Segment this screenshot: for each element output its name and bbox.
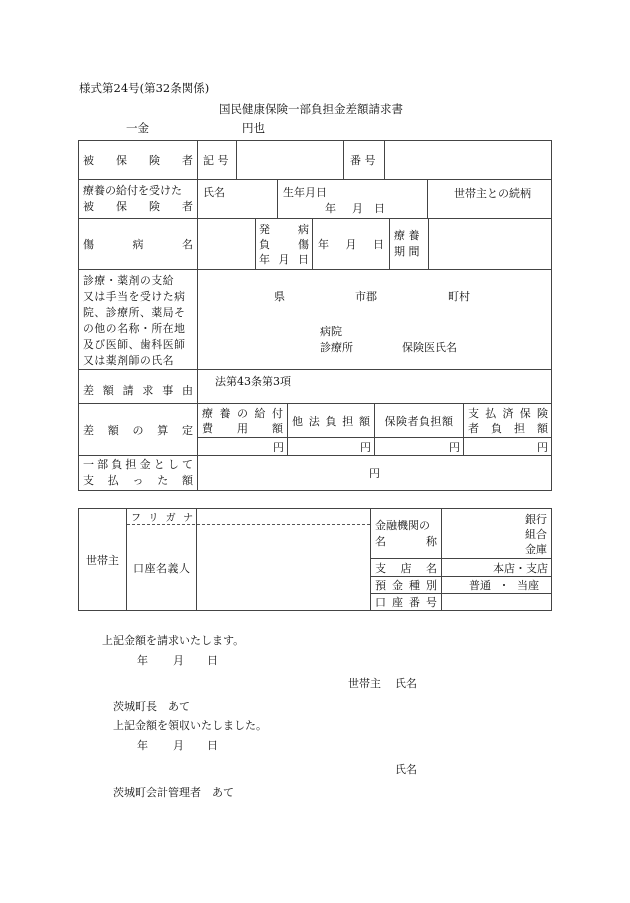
clinic-label: 診療所: [320, 339, 353, 355]
label-char: 差: [83, 422, 94, 438]
label-line: 療養の給付を受けた: [83, 183, 193, 199]
label-char: し: [168, 457, 179, 473]
deposit-type-field[interactable]: 普通・当座: [469, 577, 539, 593]
label-char: 金: [140, 457, 151, 473]
addressee-mayor: 茨城町長あて: [113, 698, 190, 714]
ordinary-deposit-option[interactable]: 普通: [469, 577, 491, 593]
number-label: 番 号: [350, 140, 376, 179]
number-label-text: 番 号: [350, 152, 376, 168]
label-char: 支: [468, 406, 479, 421]
insured-label: 被 保 険 者: [83, 140, 193, 179]
day-label: 日: [374, 200, 385, 216]
receipt-statement: 上記金額を領収いたしました。: [113, 717, 267, 733]
label-char: 負: [326, 413, 337, 429]
amount-prefix: 一金: [126, 120, 149, 136]
day-label: 日: [373, 236, 384, 252]
label-line: 又は手当を受けた病: [83, 289, 195, 305]
beneficiary-label: 療養の給付を受けた 被 保 険 者: [83, 181, 193, 217]
label-line: の他の名称・所在地: [83, 321, 195, 337]
label-char: の: [237, 406, 248, 421]
label-text: 口座名義人: [133, 560, 191, 576]
label-char: 保: [520, 406, 531, 421]
label-char: 称: [426, 534, 437, 550]
yen-unit: 円: [537, 439, 548, 455]
label-char: 額: [537, 421, 548, 436]
doctor-name-label: 保険医氏名: [402, 339, 457, 355]
other-law-burden-field[interactable]: 円: [288, 438, 371, 455]
label-char: た: [157, 473, 168, 489]
head-signature-label: 世帯主: [348, 675, 381, 691]
label-char: 者: [468, 421, 479, 436]
label-char: 額: [182, 473, 193, 489]
label-char: 者: [182, 199, 193, 215]
city-label: 市郡: [355, 288, 377, 304]
symbol-label: 記 号: [203, 140, 229, 179]
label-char: の: [133, 422, 144, 438]
label-char: 険: [537, 406, 548, 421]
label-char: 払: [485, 406, 496, 421]
label-char: 傷: [298, 237, 309, 252]
paid-insurer-burden-header: 支払済保険 者負担額: [468, 404, 548, 437]
day-label: 日: [207, 737, 218, 753]
label-char: 支: [375, 560, 386, 576]
treatment-cost-field[interactable]: 円: [198, 438, 284, 455]
treatment-period-label: 療 養 期 間: [394, 219, 426, 269]
furigana-label: フリガナ: [131, 508, 193, 524]
label-char: 済: [503, 406, 514, 421]
label-char: 険: [149, 152, 160, 168]
label-char: 預: [375, 577, 386, 593]
injury-name-field[interactable]: [198, 219, 255, 269]
head-name-label[interactable]: 氏名: [395, 675, 417, 691]
label-char: 事: [162, 382, 173, 398]
label-char: 付: [272, 406, 283, 421]
month-label: 月: [173, 737, 184, 753]
label-char: 険: [149, 199, 160, 215]
form-number: 様式第24号(第32条関係): [79, 80, 209, 96]
treatment-cost-header: 療養の給付 費用額: [202, 404, 283, 437]
mayor-label: 茨城町長: [113, 700, 157, 713]
label-char: 負: [259, 237, 270, 252]
label-char: 担: [514, 421, 525, 436]
name-field[interactable]: 氏名: [198, 180, 277, 218]
month-label: 月: [352, 200, 363, 216]
yen-unit: 円: [273, 439, 284, 455]
relation-label: 世帯主との続柄: [454, 185, 531, 201]
label-char: 年: [259, 252, 270, 267]
label-char: 名: [182, 236, 193, 252]
calculation-label: 差 額 の 算 定: [83, 404, 193, 455]
label-char: 病: [133, 236, 144, 252]
account-holder-field[interactable]: [197, 525, 370, 610]
hospital-label: 病院: [320, 323, 342, 339]
label-char: 名: [426, 560, 437, 576]
label-char: 療: [202, 406, 213, 421]
number-field[interactable]: [385, 141, 551, 179]
label-char: 額: [272, 421, 283, 436]
label-text: 世帯主: [86, 552, 119, 568]
label-char: 発: [259, 222, 270, 237]
label-char: 他: [292, 413, 303, 429]
label-char: 費: [202, 421, 213, 436]
bank-type-option: 銀行: [525, 512, 547, 527]
addressee-suffix: あて: [212, 786, 234, 799]
label-line: 又は薬剤師の氏名: [83, 353, 195, 369]
month-label: 月: [346, 236, 357, 252]
label-char: 金: [392, 577, 403, 593]
label-char: 負: [111, 457, 122, 473]
label-char: 給: [255, 406, 266, 421]
amount-suffix: 円也: [242, 120, 265, 136]
label-char: 座: [392, 594, 403, 610]
label-char: 額: [108, 422, 119, 438]
label-char: 養: [220, 406, 231, 421]
addressee-suffix: あて: [168, 700, 190, 713]
year-label: 年: [318, 236, 329, 252]
label-line: 期 間: [394, 244, 426, 260]
injury-label: 傷 病 名: [83, 218, 193, 269]
label-line: 院、診療所、薬局そ: [83, 305, 195, 321]
year-label: 年: [137, 737, 148, 753]
label-char: 担: [342, 413, 353, 429]
label-char: 求: [142, 382, 153, 398]
label-char: 月: [279, 252, 290, 267]
label-char: 保: [116, 199, 127, 215]
label-char: 傷: [83, 236, 94, 252]
treasurer-label: 茨城町会計管理者: [113, 786, 201, 799]
insurer-burden-header: 保険者負担額: [375, 404, 463, 437]
label-char: と: [154, 457, 165, 473]
deposit-type-label: 預金種別: [375, 577, 437, 593]
label-line: 療 養: [394, 228, 426, 244]
account-holder-label: 口座名義人: [133, 525, 195, 610]
checking-deposit-option[interactable]: 当座: [517, 577, 539, 593]
yen-unit: 円: [369, 465, 380, 481]
receipt-name-label[interactable]: 氏名: [395, 761, 417, 777]
birthdate-label: 生年月日: [283, 184, 327, 200]
name-label: 氏名: [203, 184, 225, 200]
provider-field[interactable]: 県 市郡 町村 病院 診療所 保険医氏名: [198, 270, 551, 369]
month-label: 月: [173, 652, 184, 668]
label-char: 負: [491, 421, 502, 436]
label-char: 支: [83, 473, 94, 489]
label-char: 担: [125, 457, 136, 473]
institution-label: 金融機関の 名称: [375, 509, 437, 558]
label-char: 保: [116, 152, 127, 168]
other-law-burden-header: 他法負担額: [292, 404, 370, 437]
yen-unit: 円: [360, 439, 371, 455]
label-char: 一: [83, 457, 94, 473]
label-char: 被: [83, 152, 94, 168]
paid-amount-label: 一部負担金として 支払った額: [83, 456, 193, 490]
label-char: 算: [157, 422, 168, 438]
furigana-field[interactable]: [197, 509, 370, 524]
label-char: 定: [182, 422, 193, 438]
year-label: 年: [137, 652, 148, 668]
label-char: 部: [97, 457, 108, 473]
label-char: 日: [298, 252, 309, 267]
reason-field[interactable]: 法第43条第3項: [198, 370, 551, 403]
label-char: 額: [103, 382, 114, 398]
institution-field[interactable]: 銀行 組合 金庫: [442, 509, 551, 558]
label-line: 金融機関の: [375, 518, 437, 534]
birthdate-field[interactable]: 生年月日 年 月 日: [278, 180, 427, 218]
reason-label: 差 額 請 求 事 由: [83, 370, 193, 403]
day-label: 日: [207, 652, 218, 668]
branch-value: 本店・支店: [493, 560, 548, 576]
label-line: 診療・薬剤の支給: [83, 273, 195, 289]
union-type-option: 組合: [525, 527, 547, 542]
symbol-label-text: 記 号: [203, 152, 229, 168]
label-char: 法: [309, 413, 320, 429]
label-char: 由: [182, 382, 193, 398]
label-char: 用: [237, 421, 248, 436]
separator: ・: [499, 577, 510, 593]
yen-unit: 円: [449, 439, 460, 455]
label-char: フ: [131, 509, 141, 524]
label-char: ガ: [166, 509, 176, 524]
label-char: 請: [123, 382, 134, 398]
label-char: 被: [83, 199, 94, 215]
label-char: 別: [426, 577, 437, 593]
label-char: 病: [298, 222, 309, 237]
treatment-period-field[interactable]: [429, 219, 551, 269]
onset-label: 発病 負傷 年月日: [259, 219, 309, 269]
label-char: 号: [426, 594, 437, 610]
branch-label: 支店名: [375, 559, 437, 576]
onset-date-field[interactable]: 年 月 日: [318, 219, 384, 269]
label-line: 及び医師、歯科医師: [83, 337, 195, 353]
account-number-label: 口座番号: [375, 594, 437, 610]
label-char: リ: [148, 509, 158, 524]
label-char: 番: [409, 594, 420, 610]
account-number-field[interactable]: [442, 594, 551, 610]
label-char: っ: [133, 473, 144, 489]
label-text: 保険者負担額: [385, 413, 454, 429]
request-statement: 上記金額を請求いたします。: [102, 632, 244, 648]
insurer-burden-field[interactable]: 円: [375, 438, 460, 455]
label-char: 口: [375, 594, 386, 610]
form-title: 国民健康保険一部負担金差額請求書: [219, 101, 403, 117]
paid-insurer-burden-field[interactable]: 円: [464, 438, 548, 455]
label-char: て: [182, 457, 193, 473]
label-char: 額: [359, 413, 370, 429]
relation-field[interactable]: 世帯主との続柄: [428, 180, 551, 218]
symbol-field[interactable]: [237, 141, 343, 179]
label-char: 名: [375, 534, 386, 550]
label-char: ナ: [183, 509, 193, 524]
year-label: 年: [325, 200, 336, 216]
label-char: 払: [108, 473, 119, 489]
paid-amount-field[interactable]: 円: [198, 456, 551, 490]
label-char: 者: [182, 152, 193, 168]
addressee-treasurer: 茨城町会計管理者あて: [113, 784, 234, 800]
label-char: 差: [83, 382, 94, 398]
label-char: 種: [409, 577, 420, 593]
reason-value: 法第43条第3項: [215, 373, 291, 389]
branch-field[interactable]: 本店・支店: [442, 559, 548, 576]
label-char: 店: [401, 560, 412, 576]
household-head-label: 世帯主: [79, 509, 126, 610]
town-label: 町村: [448, 288, 470, 304]
credit-union-type-option: 金庫: [525, 542, 547, 557]
prefecture-label: 県: [274, 288, 285, 304]
provider-label: 診療・薬剤の支給 又は手当を受けた病 院、診療所、薬局そ の他の名称・所在地 及…: [83, 273, 195, 369]
